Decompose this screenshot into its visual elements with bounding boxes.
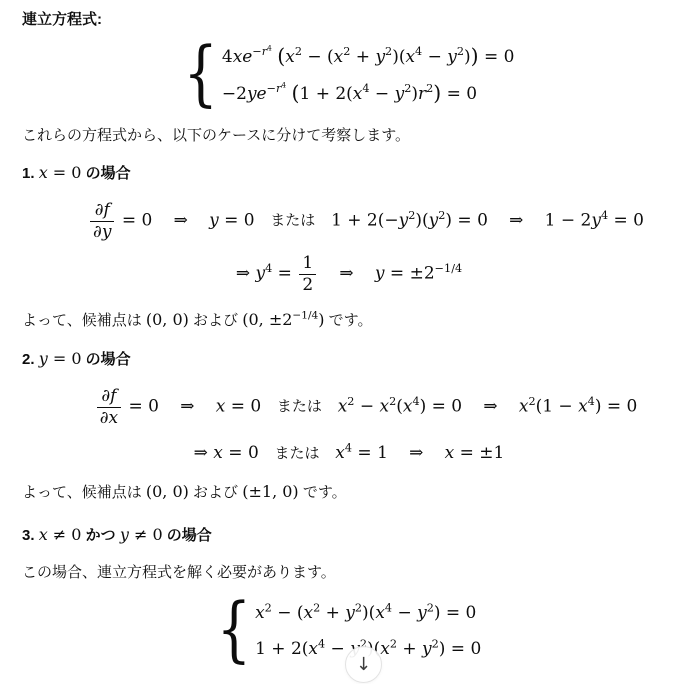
paragraph-solve-system: この場合、連立方程式を解く必要があります。 xyxy=(22,563,676,583)
equation-dfdx: ∂f∂x = 0 ⇒ x = 0またはx2 − x2(x4) = 0 ⇒ x2(… xyxy=(22,387,676,428)
scroll-to-bottom-button[interactable]: ↓ xyxy=(345,646,382,683)
equation-cases-1: { 4xe−r4 (x2 − (x2 + y2)(x4 − y2)) = 0 −… xyxy=(22,40,676,110)
cases1-line2: −2ye−r4 (1 + 2(x4 − y2)r2) = 0 xyxy=(222,77,477,110)
heading-system-of-equations: 連立方程式: xyxy=(22,10,676,30)
paragraph-candidates-1: よって、候補点は (0, 0) および (0, ±2−1/4) です。 xyxy=(22,307,676,334)
left-brace: { xyxy=(217,599,251,663)
list-item-case-1: 1. x = 0 の場合 xyxy=(22,162,676,185)
left-brace: { xyxy=(184,43,218,107)
down-arrow-icon: ↓ xyxy=(356,656,371,674)
list-item-case-3: 3. x ≠ 0 かつ y ≠ 0 の場合 xyxy=(22,524,676,547)
equation-dfdy: ∂f∂y = 0 ⇒ y = 0または1 + 2(−y2)(y2) = 0 ⇒ … xyxy=(22,201,676,242)
paragraph-intro-cases: これらの方程式から、以下のケースに分けて考察します。 xyxy=(22,126,676,146)
cases2-line1: x2 − (x2 + y2)(x4 − y2) = 0 xyxy=(255,597,476,629)
paragraph-candidates-2: よって、候補点は (0, 0) および (±1, 0) です。 xyxy=(22,479,676,506)
equation-y4-result: ⇒ y4 = 12 ⇒ y = ±2−1/4 xyxy=(22,254,676,295)
list-item-case-2: 2. y = 0 の場合 xyxy=(22,348,676,371)
chat-message-document: { "colors":{ "text":"#0d0d0d", "backgrou… xyxy=(0,0,698,684)
equation-x-result: ⇒ x = 0またはx4 = 1 ⇒ x = ±1 xyxy=(22,442,676,463)
cases1-line1: 4xe−r4 (x2 − (x2 + y2)(x4 − y2)) = 0 xyxy=(222,40,515,73)
math-answer-content: 連立方程式: { 4xe−r4 (x2 − (x2 + y2)(x4 − y2)… xyxy=(0,0,698,665)
